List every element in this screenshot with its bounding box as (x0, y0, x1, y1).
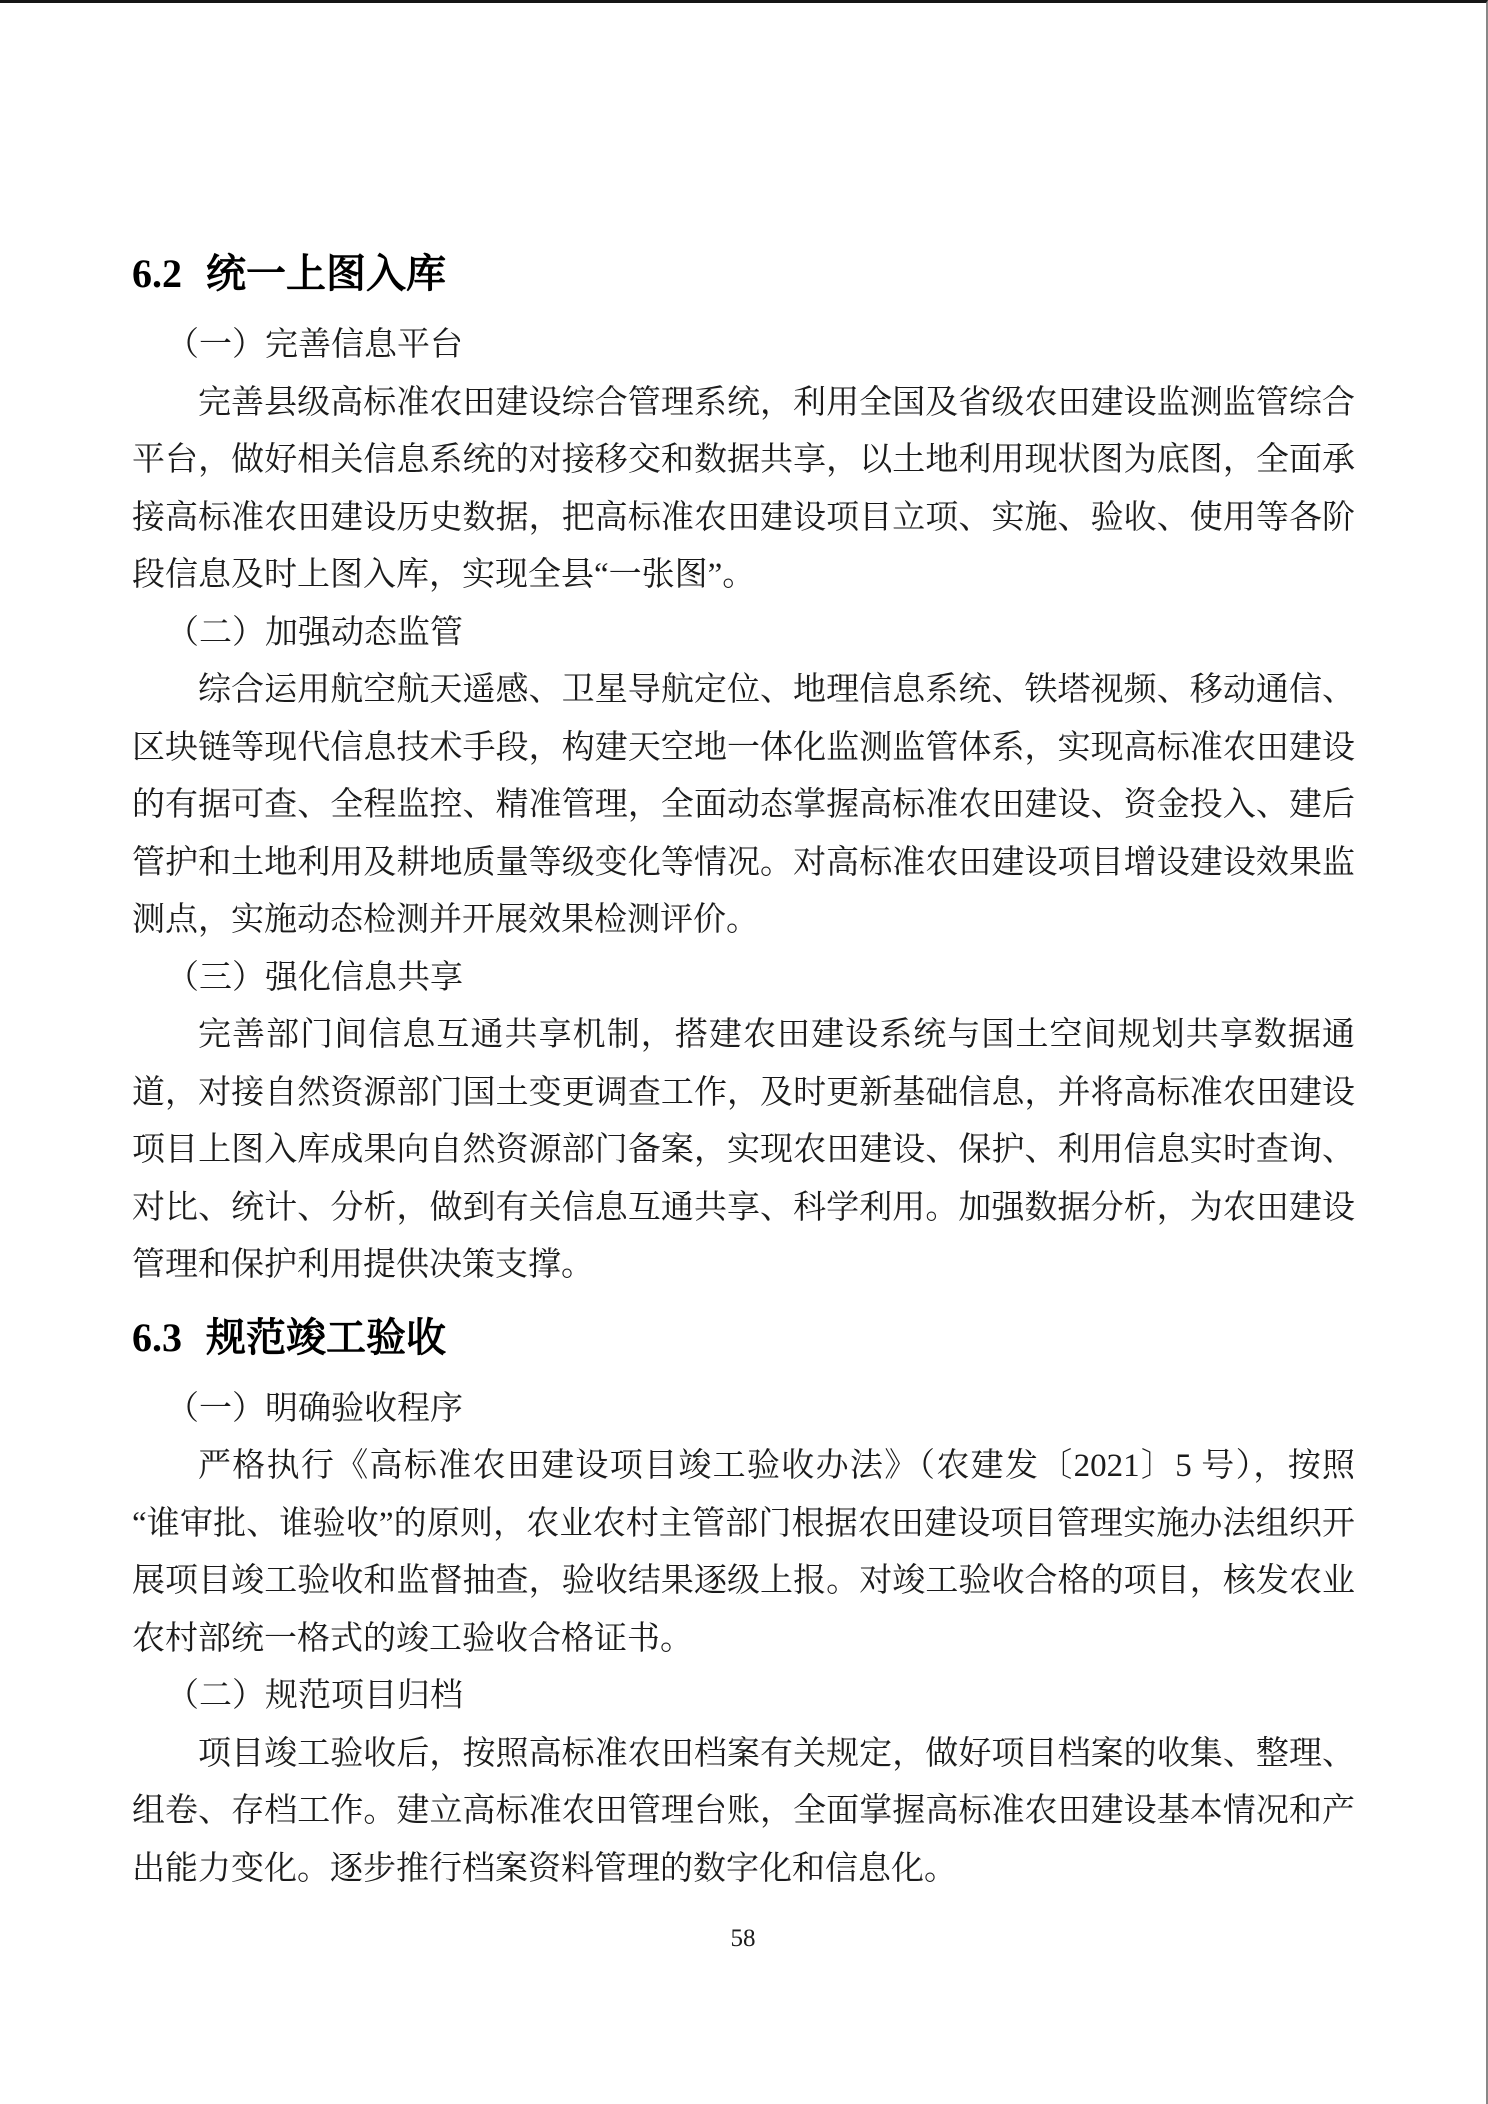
paragraph: 综合运用航空航天遥感、卫星导航定位、地理信息系统、铁塔视频、移动通信、区块链等现… (132, 662, 1355, 950)
section-heading-6-3: 6.3规范竣工验收 (132, 1295, 1355, 1381)
subsection-label: （一）明确验收程序 (132, 1381, 1355, 1439)
page-number: 58 (0, 1925, 1486, 1953)
subsection-label: （一）完善信息平台 (132, 317, 1355, 375)
section-title: 统一上图入库 (206, 251, 446, 296)
subsection-label: （二）规范项目归档 (132, 1668, 1355, 1726)
subsection-label: （三）强化信息共享 (132, 950, 1355, 1008)
document-page: 6.2统一上图入库 （一）完善信息平台 完善县级高标准农田建设综合管理系统，利用… (0, 0, 1488, 2104)
paragraph: 完善县级高标准农田建设综合管理系统，利用全国及省级农田建设监测监管综合平台，做好… (132, 375, 1355, 605)
page-content: 6.2统一上图入库 （一）完善信息平台 完善县级高标准农田建设综合管理系统，利用… (0, 3, 1486, 1898)
subsection-label: （二）加强动态监管 (132, 605, 1355, 663)
section-number: 6.2 (132, 251, 182, 296)
paragraph: 严格执行《高标准农田建设项目竣工验收办法》（农建发〔2021〕5 号），按照“谁… (132, 1438, 1355, 1668)
section-heading-6-2: 6.2统一上图入库 (132, 231, 1355, 317)
paragraph: 完善部门间信息互通共享机制，搭建农田建设系统与国土空间规划共享数据通道，对接自然… (132, 1007, 1355, 1295)
section-number: 6.3 (132, 1315, 182, 1360)
paragraph: 项目竣工验收后，按照高标准农田档案有关规定，做好项目档案的收集、整理、组卷、存档… (132, 1726, 1355, 1899)
section-title: 规范竣工验收 (206, 1315, 446, 1360)
